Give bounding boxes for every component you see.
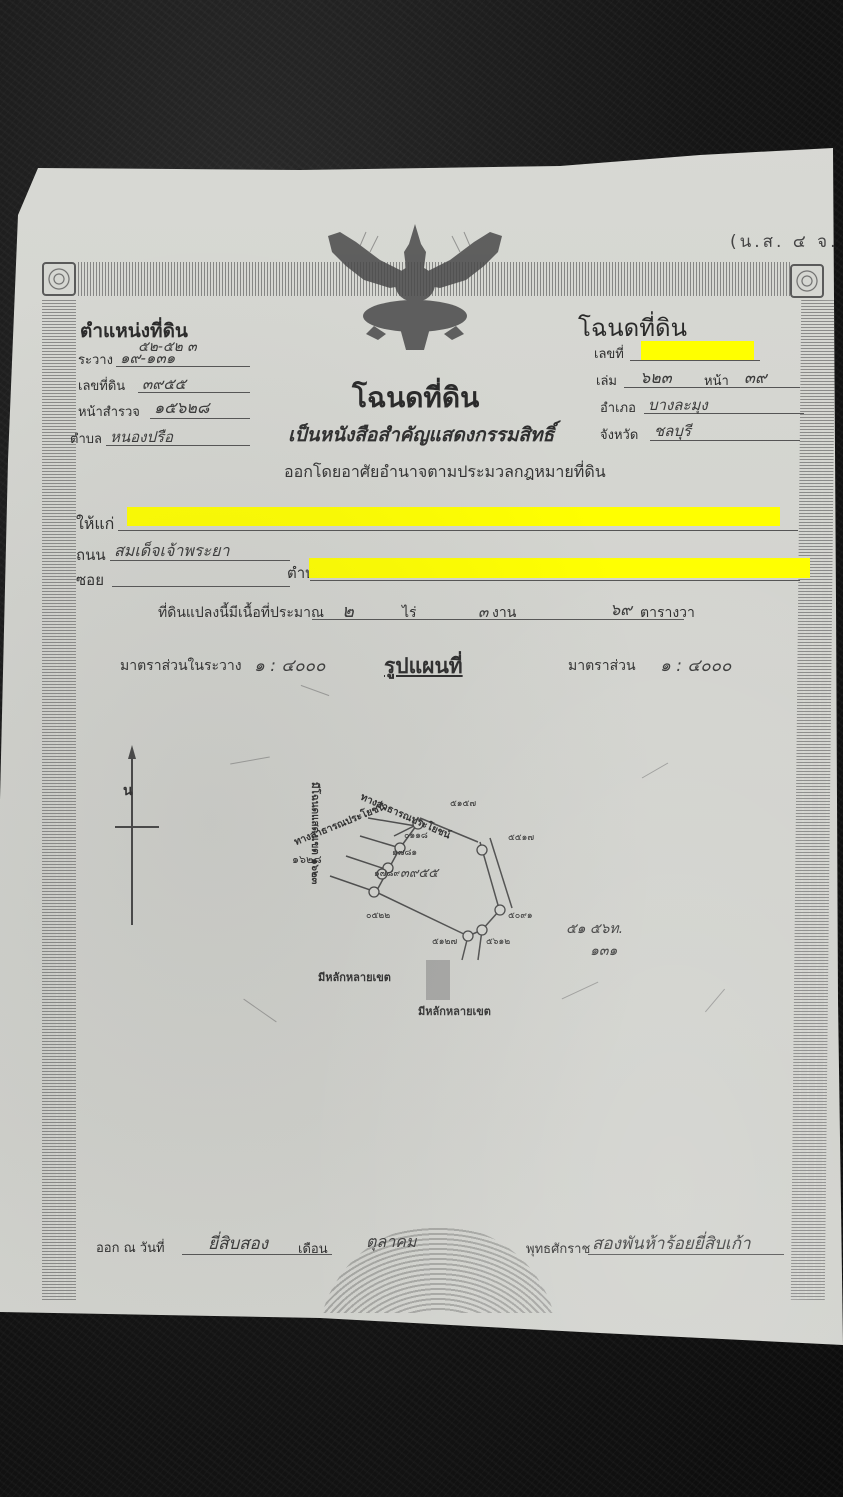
map-label-boundary-deed: มีโฉนดแสดงเขต ๑๖๒๓ bbox=[307, 782, 322, 884]
page-label: หน้า bbox=[704, 370, 729, 391]
area-rai-unit: ไร่ bbox=[402, 602, 417, 624]
map-label-boundary-marker: มีหลักหลายเขต bbox=[318, 968, 391, 986]
land-title-deed: (น.ส. ๔ จ.) ตำแหน่งที่ดิน ๕๒-๕๒ ๓ ระวาง … bbox=[0, 0, 843, 1497]
owner-label: ให้แก่ bbox=[76, 512, 114, 537]
map-marker: ๕๑๕๗ bbox=[450, 796, 476, 810]
map-side-note: ๑๓๑ bbox=[590, 940, 617, 962]
issue-year-label: พุทธศักราช bbox=[526, 1238, 590, 1259]
north-label: น bbox=[123, 780, 133, 802]
sheet-scale-label: มาตราส่วนในระวาง bbox=[120, 655, 242, 677]
map-parcel-number: ๓๙๕๕ bbox=[400, 862, 438, 883]
area-ngan-unit: งาน bbox=[492, 602, 516, 624]
ornament-corner-icon bbox=[790, 264, 824, 298]
sheet-scale-value: ๑ : ๔๐๐๐ bbox=[254, 652, 325, 679]
volume-value: ๖๒๓ bbox=[640, 366, 672, 391]
field-value-land-number: ๓๙๕๕ bbox=[142, 372, 186, 396]
map-label-public-road: ทางสาธารณประโยชน์ bbox=[292, 800, 388, 850]
field-value-tambon: หนองปรือ bbox=[110, 425, 173, 449]
map-title: รูปแผนที่ bbox=[384, 650, 463, 683]
province-value: ชลบุรี bbox=[654, 419, 691, 443]
district-label: อำเภอ bbox=[600, 397, 636, 418]
road-value: สมเด็จเจ้าพระยา bbox=[114, 539, 229, 564]
district-value: บางละมุง bbox=[648, 393, 708, 417]
document-subtitle: เป็นหนังสือสำคัญแสดงกรรมสิทธิ์ bbox=[288, 420, 554, 450]
issue-year: สองพันห้าร้อยยี่สิบเก้า bbox=[592, 1230, 751, 1257]
province-label: จังหวัด bbox=[600, 424, 638, 445]
sheet-number: ๕๒-๕๒ ๓ bbox=[138, 336, 197, 358]
parcel-map-sketch bbox=[250, 760, 610, 1040]
deed-number-label: เลขที่ bbox=[594, 343, 624, 364]
map-label-boundary-marker: มีหลักหลายเขต bbox=[418, 1002, 491, 1020]
redacted-owner-subdistrict bbox=[309, 558, 810, 578]
north-arrow-icon bbox=[115, 745, 175, 935]
field-label-survey-page: หน้าสำรวจ bbox=[78, 401, 140, 422]
map-marker: ๐๕๒๒ bbox=[366, 908, 390, 922]
guilloche-border-top bbox=[78, 262, 790, 296]
guilloche-border-right bbox=[791, 300, 835, 1300]
redacted-owner-name bbox=[127, 507, 780, 526]
road-label: ถนน bbox=[76, 543, 106, 567]
map-scale-label: มาตราส่วน bbox=[568, 655, 636, 677]
area-ngan-value: ๓ bbox=[478, 600, 488, 624]
map-marker: ๕๖๑๒ bbox=[486, 934, 510, 948]
area-rai-value: ๒ bbox=[342, 596, 354, 625]
map-side-note: ๕๑ ๕๖ท. bbox=[566, 918, 623, 940]
land-position-heading: ตำแหน่งที่ดิน bbox=[80, 316, 188, 346]
subdistrict-label: ตำบล bbox=[287, 561, 324, 585]
ornament-corner-icon bbox=[42, 262, 76, 296]
area-wa-unit: ตารางวา bbox=[640, 602, 695, 624]
map-marker: ๕๑๒๗ bbox=[432, 934, 457, 948]
map-marker: ๑๗๘๑ bbox=[392, 845, 417, 859]
field-label-rawang: ระวาง bbox=[78, 349, 113, 370]
form-code: (น.ส. ๔ จ.) bbox=[730, 228, 843, 255]
map-label-public-road: ทางสาธารณประโยชน์ bbox=[358, 790, 453, 843]
issue-month: ตุลาคม bbox=[366, 1230, 416, 1255]
field-value-survey-page: ๑๕๖๒๘ bbox=[154, 396, 209, 421]
soi-label: ซอย bbox=[76, 568, 104, 592]
field-value-rawang: ๑๙-๑๓๑ bbox=[120, 346, 175, 370]
map-scale-value: ๑ : ๔๐๐๐ bbox=[660, 652, 731, 679]
issue-month-label: เดือน bbox=[298, 1238, 328, 1259]
field-label-tambon: ตำบล bbox=[70, 428, 102, 449]
page-value: ๓๙ bbox=[744, 366, 767, 391]
area-wa-value: ๖๙ bbox=[610, 598, 632, 623]
area-label: ที่ดินแปลงนี้มีเนื้อที่ประมาณ bbox=[158, 602, 324, 624]
field-label-land-number: เลขที่ดิน bbox=[78, 375, 125, 396]
issued-by-text: ออกโดยอาศัยอำนาจตามประมวลกฎหมายที่ดิน bbox=[284, 460, 606, 485]
garuda-emblem-icon bbox=[320, 222, 510, 352]
map-label-adjacent-parcel: ๑๖๒๘ bbox=[292, 850, 322, 868]
map-marker: ๐๑๑๘ bbox=[404, 828, 428, 842]
document-title: โฉนดที่ดิน bbox=[352, 376, 479, 420]
issue-day: ยี่สิบสอง bbox=[208, 1230, 268, 1257]
guilloche-border-left bbox=[42, 300, 76, 1300]
map-marker: ๕๕๑๗ bbox=[508, 830, 534, 844]
redacted-deed-number bbox=[641, 341, 754, 360]
issue-date-prefix: ออก ณ วันที่ bbox=[96, 1237, 165, 1258]
volume-label: เล่ม bbox=[596, 370, 617, 391]
map-marker: ๑๗๘๙ bbox=[374, 866, 400, 880]
map-marker: ๕๐๙๑ bbox=[508, 908, 533, 922]
deed-heading: โฉนดที่ดิน bbox=[578, 308, 687, 347]
